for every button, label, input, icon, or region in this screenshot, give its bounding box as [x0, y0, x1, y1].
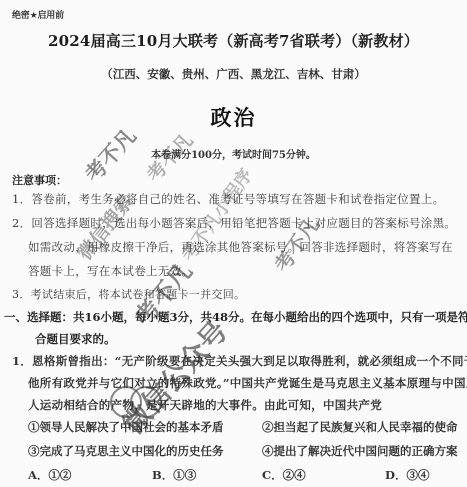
- note-item-2-line1: 2．回答选择题时，选出每小题答案后，用铅笔把答题卡上对应题目的答案标号涂黑。: [12, 215, 456, 231]
- section-1-heading-line1: 一、选择题：共16小题，每小题3分，共48分。在每小题给出的四个选项中，只有一项…: [4, 309, 467, 325]
- exam-title: 2024届高三10月大联考（新高考7省联考）（新教材）: [0, 30, 467, 51]
- notes-heading: 注意事项：: [12, 172, 67, 188]
- choice-b-letter: B．: [152, 468, 173, 482]
- statement-3: ③完成了马克思主义中国化的历史任务: [28, 443, 224, 459]
- question-1-stem-line3: 人运动相结合的产物，是开天辟地的大事件。由此可知，中国共产党: [28, 397, 382, 413]
- exam-page: 绝密★启用前 2024届高三10月大联考（新高考7省联考）（新教材） （江西、安…: [0, 0, 467, 487]
- secret-label: 绝密★启用前: [12, 8, 64, 21]
- choice-a-letter: A．: [28, 468, 48, 482]
- choice-d: D．③④: [385, 467, 429, 483]
- choice-a-value: ①②: [48, 468, 71, 482]
- choice-c: C．②④: [262, 467, 306, 483]
- question-1-stem-line1: 1．恩格斯曾指出：“无产阶级要在决定关头强大到足以取得胜利，就必须组成一个不同于…: [12, 353, 467, 369]
- choice-c-letter: C．: [262, 468, 283, 482]
- note-item-2-line2: 如需改动，用橡皮擦干净后，再选涂其他答案标号。回答非选择题时，将答案写在: [28, 239, 453, 255]
- choice-d-value: ③④: [406, 468, 429, 482]
- note-item-3: 3．考试结束后，将本试卷和答题卡一并交回。: [12, 286, 245, 302]
- provinces-line: （江西、安徽、贵州、广西、黑龙江、吉林、甘肃）: [0, 66, 467, 82]
- choice-c-value: ②④: [283, 468, 306, 482]
- score-time-line: 本卷满分100分，考试时间75分钟。: [0, 146, 467, 161]
- note-item-2-line3: 答题卡上，写在本试卷上无效。: [28, 263, 193, 279]
- statement-1: ①领导人民解决了中国社会的基本矛盾: [28, 419, 224, 435]
- statement-4: ④提出了解决近代中国问题的正确方案: [262, 443, 458, 459]
- choice-d-letter: D．: [385, 468, 406, 482]
- subject-title: 政治: [0, 102, 467, 132]
- note-item-1: 1．答卷前，考生务必将自己的姓名、准考证号等填写在答题卡和试卷指定位置上。: [12, 191, 444, 207]
- choice-b: B．①③: [152, 467, 196, 483]
- choice-b-value: ①③: [173, 468, 196, 482]
- section-1-heading-line2: 合题目要求的。: [35, 331, 116, 347]
- statement-2: ②担当起了民族复兴和人民幸福的使命: [262, 419, 458, 435]
- question-1-stem-line2: 他所有政党并与它们对立的特殊政党。”中国共产党诞生是马克思主义基本原理与中国工: [28, 375, 467, 391]
- choice-a: A．①②: [28, 467, 71, 483]
